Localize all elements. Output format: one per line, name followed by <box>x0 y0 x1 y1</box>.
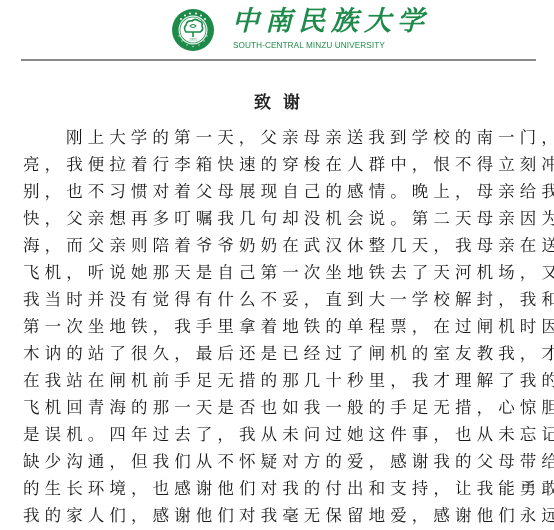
svg-text:1951: 1951 <box>189 38 197 42</box>
text-line: 在我站在闸机前手足无措的那几十秒里，我才理解了我的母亲，我不知道她独自坐 <box>23 367 533 394</box>
university-header: 1951 中南民族大学 SOUTH-CENTRAL MINZU UNIVERSI… <box>0 0 554 60</box>
text-line: 飞机，听说她那天是自己第一次坐地铁去了天河机场，又自己过了安检上了飞机。 <box>23 259 533 286</box>
header-divider <box>21 59 536 61</box>
text-line: 飞机回青海的那一天是否也如我一般的手足无措，心惊胆战的害怕地铁坐过站或者 <box>23 394 533 421</box>
text-line: 别，也不习惯对着父母展现自己的感情。晚上，母亲给我发信息，说白天我走的太 <box>23 178 533 205</box>
university-name-english: SOUTH-CENTRAL MINZU UNIVERSITY <box>233 41 385 50</box>
university-name-chinese: 中南民族大学 <box>232 6 430 38</box>
text-line: 的生长环境，也感谢他们对我的付出和支持，让我能勇敢的追求想要的一切。感谢 <box>23 475 533 502</box>
page-title: 致谢 <box>0 88 554 113</box>
text-line: 海，而父亲则陪着爷爷奶奶在武汉休整几天，我母亲在送我来上大学之前从未坐过 <box>23 232 533 259</box>
text-line: 刚上大学的第一天，父亲母亲送我到学校的南一门，学校门口的人行绿灯一 <box>23 124 533 151</box>
text-line: 第一次坐地铁，我手里拿着地铁的单程票，在过闸机时因为不知道投票口在哪里而 <box>23 313 533 340</box>
text-line: 木讷的站了很久，最后还是已经过了闸机的室友教我，才让我通过了检票的闸机。 <box>23 340 533 367</box>
text-line: 缺少沟通，但我们从不怀疑对方的爱，感谢我的父母带给我生命，给予我衣食无忧 <box>23 448 533 475</box>
university-emblem-icon: 1951 <box>171 8 215 52</box>
text-line: 我的家人们，感谢他们对我毫无保留地爱，感谢他们永远做我坚实的后盾。 <box>23 502 533 529</box>
acknowledgement-paragraph: 刚上大学的第一天，父亲母亲送我到学校的南一门，学校门口的人行绿灯一 亮，我便拉着… <box>23 124 533 529</box>
text-line: 我当时并没有觉得有什么不妥，直到大一学校解封，我和室友一起外出，那也是我 <box>23 286 533 313</box>
text-line: 亮，我便拉着行李箱快速的穿梭在人群中，恨不得立刻冲进学校。我讨厌煽情的告 <box>23 151 533 178</box>
text-line: 快，父亲想再多叮嘱我几句却没机会说。第二天母亲因为工作需要自己先回了青 <box>23 205 533 232</box>
text-line: 是误机。四年过去了，我从未问过她这件事，也从未忘记过这件事，或许我们之间 <box>23 421 533 448</box>
